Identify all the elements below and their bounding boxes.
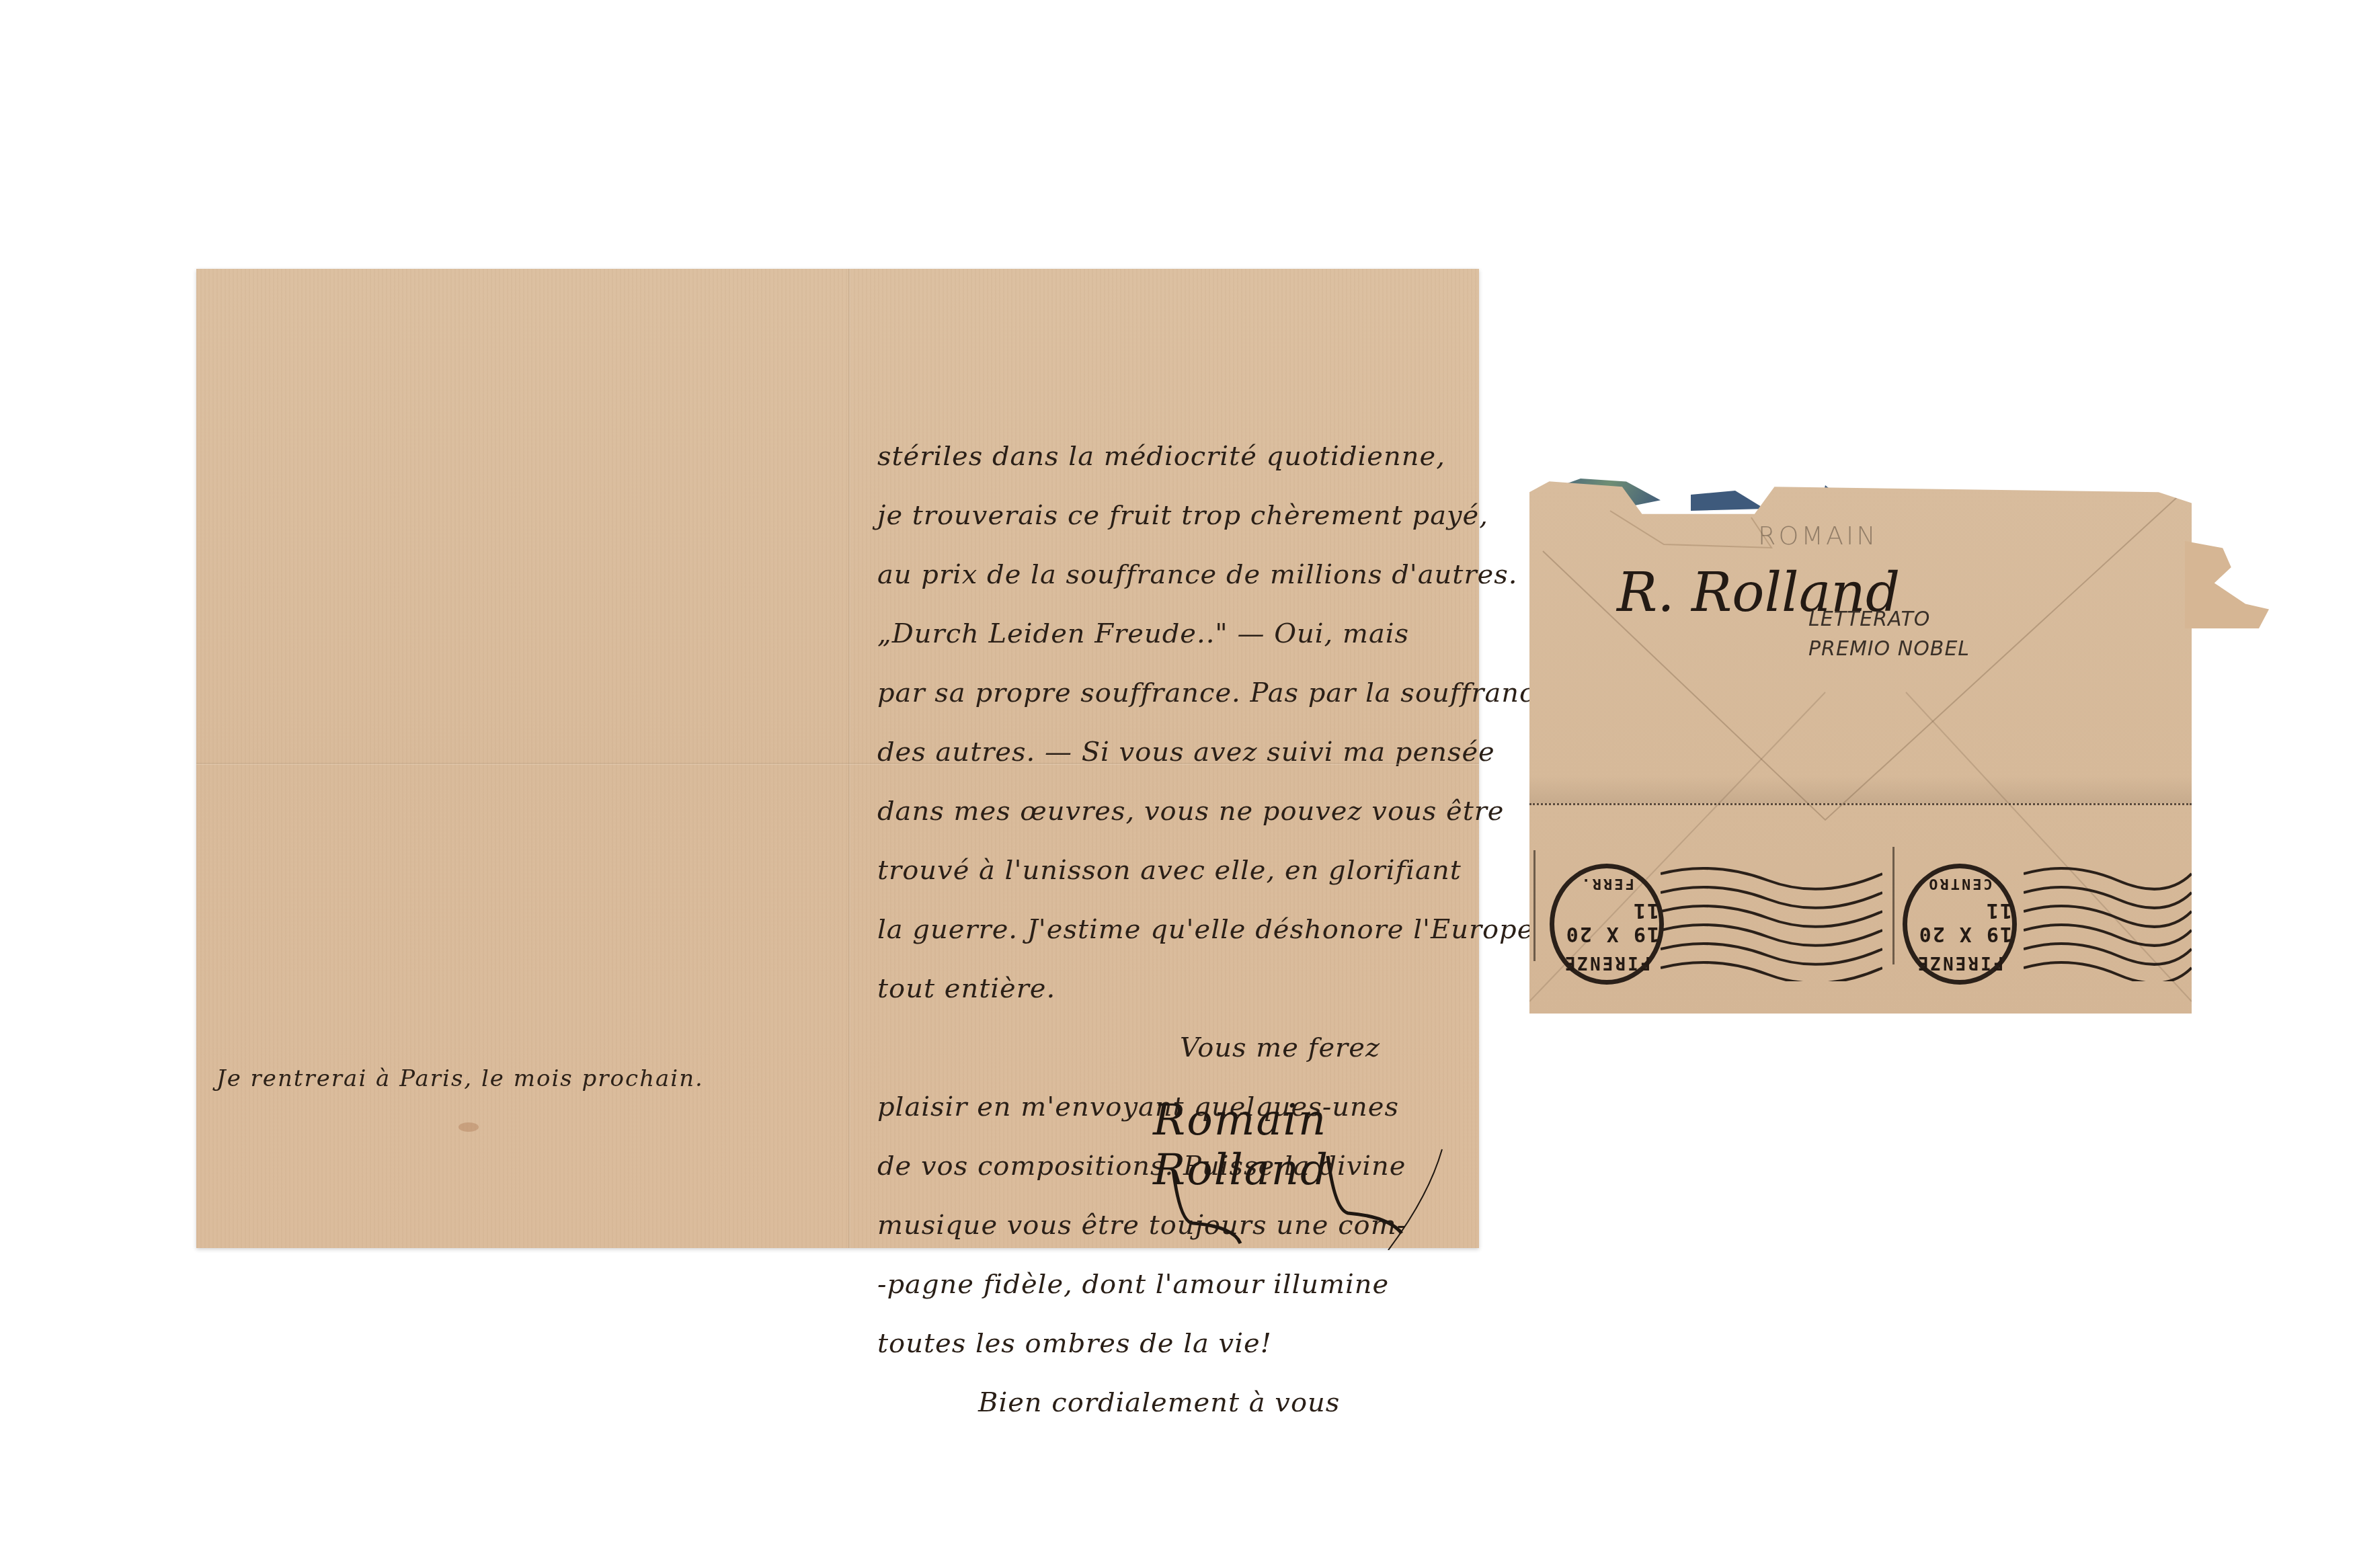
letter-line: toutes les ombres de la vie! (877, 1314, 1469, 1373)
signature-flourish-icon (1166, 1143, 1449, 1250)
letter-line: tout entière. (877, 959, 1469, 1018)
letter-line: dans mes œuvres, vous ne pouvez vous êtr… (877, 782, 1469, 841)
letter-line: la guerre. J'estime qu'elle déshonore l'… (877, 900, 1469, 959)
postmark-sub: CENTRO (1927, 876, 1992, 893)
letter-line-quote: „Durch Leiden Freude.." — Oui, mais (877, 604, 1469, 663)
vertical-fold-crease (848, 269, 850, 1248)
postmark: FIRENZE 19 X 20 11 FERR. (1550, 864, 1664, 985)
letter-line: par sa propre souffrance. Pas par la sou… (877, 663, 1469, 723)
postmark-date: 19 X 20 11 (1907, 899, 2012, 946)
torn-flap-fragment (2185, 541, 2269, 628)
postmark-city: FIRENZE (1563, 953, 1651, 973)
wavy-cancellation-icon (1661, 867, 1882, 981)
bleedthrough-text: (faint reversed ink from the verso) (223, 309, 815, 366)
annotation-line: PREMIO NOBEL (1808, 634, 1970, 664)
horizontal-fold-crease (196, 763, 1479, 765)
band-smudge (1529, 776, 2192, 803)
postmark-text: FIRENZE 19 X 20 11 FERR. (1554, 868, 1659, 980)
postmark-text: FIRENZE 19 X 20 11 CENTRO (1907, 868, 2012, 980)
letter-right-page: stériles dans la médiocrité quotidienne,… (850, 269, 1479, 1248)
letter-left-page: (faint reversed ink from the verso) Je r… (196, 269, 848, 1248)
postmark-sub: FERR. (1579, 876, 1634, 893)
letter-line: des autres. — Si vous avez suivi ma pens… (877, 723, 1469, 782)
letter-line: Vous me ferez (877, 1018, 1469, 1077)
annotation-line: LETTERATO (1808, 605, 1970, 634)
postmark-city: FIRENZE (1916, 953, 2004, 973)
letter-line: stériles dans la médiocrité quotidienne, (877, 427, 1469, 486)
letter-closing: Bien cordialement à vous (877, 1373, 1469, 1432)
envelope-annotation: LETTERATO PREMIO NOBEL (1808, 605, 1970, 664)
envelope-blue-liner (1691, 491, 1765, 511)
postmark-date: 19 X 20 11 (1554, 899, 1659, 946)
letter-body: stériles dans la médiocrité quotidienne,… (877, 427, 1469, 1432)
envelope-back: ROMAIN R. Rolland LETTERATO PREMIO NOBEL… (1529, 470, 2192, 1014)
letter-line: au prix de la souffrance de millions d'a… (877, 545, 1469, 604)
handwritten-letter: (faint reversed ink from the verso) Je r… (196, 269, 1479, 1248)
postscript-line: Je rentrerai à Paris, le mois prochain. (216, 1065, 704, 1092)
letter-line: -pagne fidèle, dont l'amour illumine (877, 1255, 1469, 1314)
ink-stain (458, 1122, 479, 1132)
cancel-bar (1892, 847, 1895, 964)
letter-line: je trouverais ce fruit trop chèrement pa… (877, 486, 1469, 545)
cancel-bar (1533, 850, 1536, 961)
pencil-note: ROMAIN (1758, 521, 1878, 550)
wavy-cancellation-icon (2024, 867, 2192, 981)
letter-line: trouvé à l'unisson avec elle, en glorifi… (877, 841, 1469, 900)
postmark: FIRENZE 19 X 20 11 CENTRO (1903, 864, 2017, 985)
perforation-line (1529, 803, 2192, 807)
